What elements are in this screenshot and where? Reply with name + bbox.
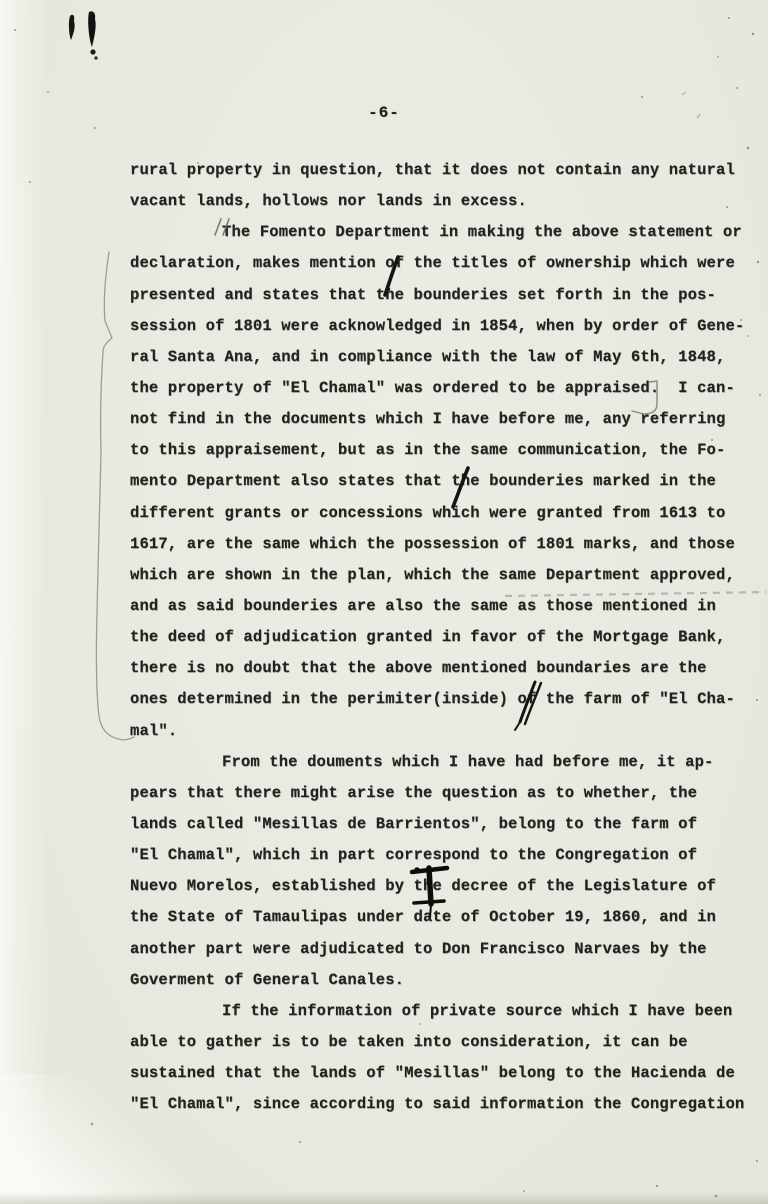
document-line: another part were adjudicated to Don Fra… (130, 934, 764, 965)
document-page: -6- rural property in question, that it … (0, 0, 768, 1204)
document-line: If the information of private source whi… (130, 996, 764, 1027)
document-line: and as said bounderies are also the same… (130, 591, 764, 622)
ink-blot-marks (14, 11, 98, 59)
document-line: ral Santa Ana, and in compliance with th… (130, 342, 764, 373)
document-line: which are shown in the plan, which the s… (130, 560, 764, 591)
page-edge-highlight (0, 0, 48, 1204)
document-line: mal". (130, 716, 764, 747)
document-line: Nuevo Morelos, established by the decree… (130, 871, 764, 902)
document-line: vacant lands, hollows nor lands in exces… (130, 186, 764, 217)
document-line: the State of Tamaulipas under date of Oc… (130, 902, 764, 933)
document-line: rural property in question, that it does… (130, 155, 764, 186)
document-line: mento Department also states that the bo… (130, 466, 764, 497)
page-number: -6- (0, 104, 768, 122)
document-line: sustained that the lands of "Mesillas" b… (130, 1058, 764, 1089)
document-body: rural property in question, that it does… (130, 155, 764, 1120)
document-line: the deed of adjudication granted in favo… (130, 622, 764, 653)
document-line: there is no doubt that the above mention… (130, 653, 764, 684)
document-line: declaration, makes mention of the titles… (130, 248, 764, 279)
document-line: not find in the documents which I have b… (130, 404, 764, 435)
document-line: 1617, are the same which the possession … (130, 529, 764, 560)
document-line: session of 1801 were acknowledged in 185… (130, 311, 764, 342)
document-line: The Fomento Department in making the abo… (130, 217, 764, 248)
document-line: to this appraisement, but as in the same… (130, 435, 764, 466)
document-line: different grants or concessions which we… (130, 498, 764, 529)
page-bottom-shadow (0, 1192, 768, 1204)
document-line: pears that there might arise the questio… (130, 778, 764, 809)
document-line: Goverment of General Canales. (130, 965, 764, 996)
document-line: "El Chamal", which in part correspond to… (130, 840, 764, 871)
document-line: the property of "El Chamal" was ordered … (130, 373, 764, 404)
document-line: able to gather is to be taken into consi… (130, 1027, 764, 1058)
pencil-margin-line (96, 252, 134, 740)
document-line: From the douments which I have had befor… (130, 747, 764, 778)
document-line: presented and states that the bounderies… (130, 280, 764, 311)
document-line: "El Chamal", since according to said inf… (130, 1089, 764, 1120)
document-line: lands called "Mesillas de Barrientos", b… (130, 809, 764, 840)
document-line: ones determined in the perimiter(inside)… (130, 684, 764, 715)
